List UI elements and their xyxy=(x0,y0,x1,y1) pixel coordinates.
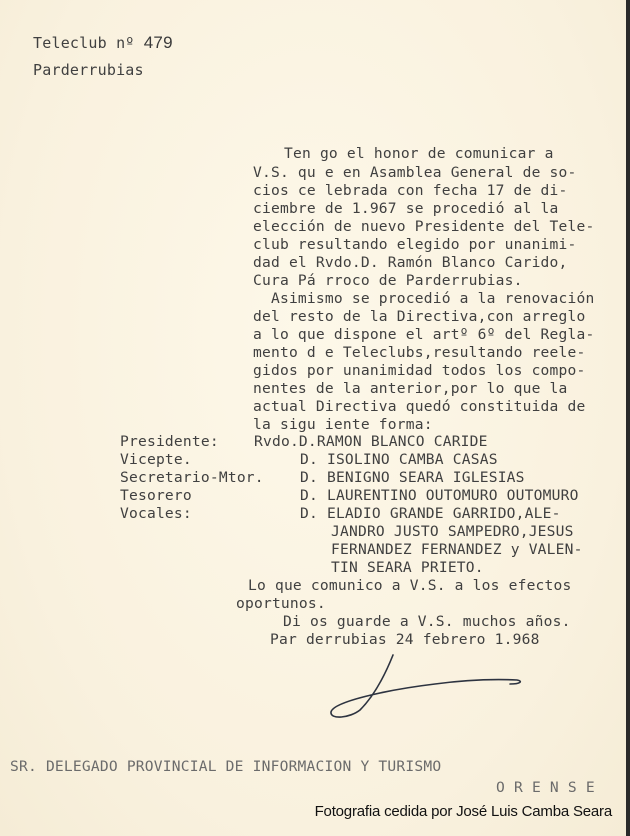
teleclub-number: 479 xyxy=(144,33,173,52)
directiva-name-vicepresidente: D. ISOLINO CAMBA CASAS xyxy=(300,451,498,469)
directiva-name-presidente: Rvdo.D.RAMON BLANCO CARIDE xyxy=(254,433,488,451)
body-line: Asimismo se procedió a la renovación xyxy=(253,290,594,308)
place-date-line: Par derrubias 24 febrero 1.968 xyxy=(270,631,540,649)
signature-icon xyxy=(325,650,525,720)
body-line: nentes de la anterior,por lo que la xyxy=(253,380,568,398)
vocales-continuation: FERNANDEZ FERNANDEZ y VALEN- xyxy=(331,541,583,559)
body-line: ciembre de 1.967 se procedió al la xyxy=(253,200,559,218)
directiva-name-vocales: D. ELADIO GRANDE GARRIDO,ALE- xyxy=(300,505,561,523)
directiva-role-presidente: Presidente: xyxy=(120,433,219,451)
directiva-name-secretario: D. BENIGNO SEARA IGLESIAS xyxy=(300,469,525,487)
body-line: mento d e Teleclubs,resultando reele- xyxy=(253,344,586,362)
letterhead-location: Parderrubias xyxy=(33,61,144,79)
directiva-role-vicepresidente: Vicepte. xyxy=(120,451,192,469)
directiva-name-tesorero: D. LAURENTINO OUTOMURO OUTOMURO xyxy=(300,487,579,505)
body-line: club resultando elegido por unanimi- xyxy=(253,236,577,254)
body-line: actual Directiva quedó constituida de xyxy=(253,398,586,416)
page-edge-border xyxy=(626,0,630,836)
vocales-continuation: JANDRO JUSTO SAMPEDRO,JESUS xyxy=(331,523,574,541)
body-line: la sigu iente forma: xyxy=(253,416,433,434)
body-line: Cura Pá rroco de Parderrubias. xyxy=(253,272,523,290)
directiva-role-vocales: Vocales: xyxy=(120,505,192,523)
body-line: elección de nuevo Presidente del Tele- xyxy=(253,218,594,236)
body-line: V.S. qu e en Asamblea General de so- xyxy=(253,164,577,182)
body-line: Ten go el honor de comunicar a xyxy=(284,145,554,163)
closing-line: Lo que comunico a V.S. a los efectos xyxy=(248,577,572,595)
body-line: dad el Rvdo.D. Ramón Blanco Carido, xyxy=(253,254,568,272)
document-page: Teleclub nº 479 Parderrubias Ten go el h… xyxy=(0,0,626,836)
letterhead-title: Teleclub nº 479 xyxy=(33,34,173,52)
recipient-line: SR. DELEGADO PROVINCIAL DE INFORMACION Y… xyxy=(10,758,441,776)
photo-credit: Fotografia cedida por José Luis Camba Se… xyxy=(315,803,612,820)
body-line: gidos por unanimidad todos los compo- xyxy=(253,362,586,380)
body-line: del resto de la Directiva,con arreglo xyxy=(253,308,586,326)
directiva-role-secretario: Secretario-Mtor. xyxy=(120,469,264,487)
closing-line: oportunos. xyxy=(236,595,326,613)
directiva-role-tesorero: Tesorero xyxy=(120,487,192,505)
body-line: a lo que dispone el artº 6º del Regla- xyxy=(253,326,594,344)
teleclub-label: Teleclub nº xyxy=(33,34,144,52)
body-line: cios ce lebrada con fecha 17 de di- xyxy=(253,182,568,200)
recipient-city: O R E N S E xyxy=(496,779,595,797)
vocales-continuation: TIN SEARA PRIETO. xyxy=(331,559,484,577)
closing-line: Di os guarde a V.S. muchos años. xyxy=(283,613,571,631)
